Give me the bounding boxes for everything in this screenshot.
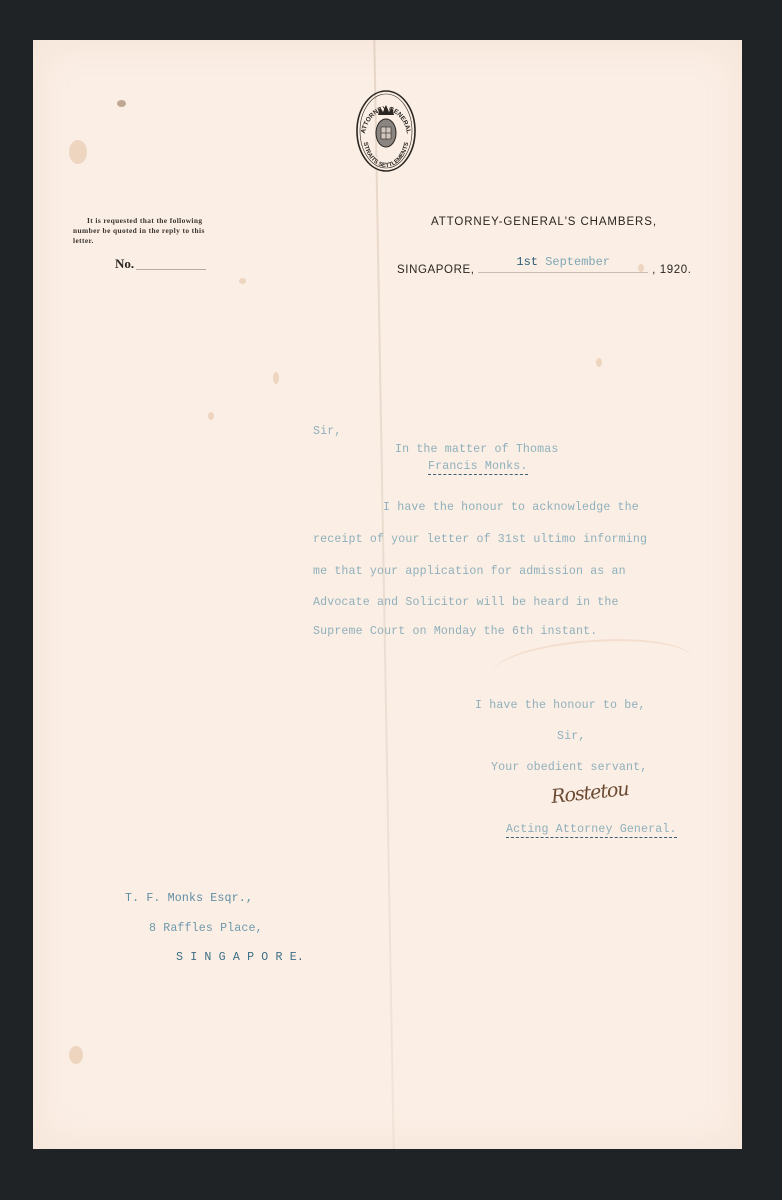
addressee-street: 8 Raffles Place, — [149, 922, 263, 935]
date-month: September — [545, 255, 610, 269]
note-line: It is requested that the following — [73, 216, 258, 226]
body-line: receipt of your letter of 31st ultimo in… — [313, 533, 647, 546]
stain — [273, 372, 279, 384]
body-line: Supreme Court on Monday the 6th instant. — [313, 625, 597, 638]
subject-line-1: In the matter of Thomas — [395, 443, 558, 456]
paper-fold-crease — [373, 40, 394, 1149]
closing-line-1: I have the honour to be, — [475, 699, 646, 712]
reference-request-note: It is requested that the following numbe… — [73, 216, 258, 246]
reference-label: No. — [115, 256, 134, 271]
date-day: 1st — [516, 255, 538, 269]
date-blank: 1st September — [478, 260, 648, 273]
letter-page: ATTORNEY GENERAL STRAITS SETTLEMENTS It … — [33, 40, 742, 1149]
faint-ink-offset — [491, 633, 694, 699]
place-date-line: SINGAPORE, 1st September , 1920. — [397, 260, 717, 276]
note-line: letter. — [73, 236, 258, 246]
stain — [208, 412, 214, 420]
stain — [69, 1046, 83, 1064]
note-line: number be quoted in the reply to this — [73, 226, 258, 236]
closing-line-2: Sir, — [557, 730, 585, 743]
reference-number-field: No. — [115, 256, 206, 272]
year-label: , 1920. — [652, 264, 691, 276]
stain — [596, 358, 602, 367]
place-label: SINGAPORE, — [397, 264, 475, 276]
body-line: me that your application for admission a… — [313, 565, 626, 578]
typed-date: 1st September — [516, 255, 610, 269]
office-heading: ATTORNEY-GENERAL'S CHAMBERS, — [431, 216, 657, 228]
attorney-general-seal-icon: ATTORNEY GENERAL STRAITS SETTLEMENTS — [355, 85, 417, 173]
addressee-name: T. F. Monks Esqr., — [125, 892, 253, 905]
body-line: I have the honour to acknowledge the — [383, 501, 639, 514]
reference-blank-line — [136, 269, 206, 270]
stain — [69, 140, 87, 164]
subject-line-2: Francis Monks. — [428, 460, 528, 475]
handwritten-signature: Rostetou — [550, 778, 630, 808]
closing-line-3: Your obedient servant, — [491, 761, 647, 774]
stain — [239, 278, 246, 284]
stain — [117, 100, 126, 107]
addressee-city: S I N G A P O R E. — [176, 951, 304, 964]
salutation: Sir, — [313, 425, 341, 438]
signatory-title: Acting Attorney General. — [506, 823, 677, 838]
body-line: Advocate and Solicitor will be heard in … — [313, 596, 619, 609]
